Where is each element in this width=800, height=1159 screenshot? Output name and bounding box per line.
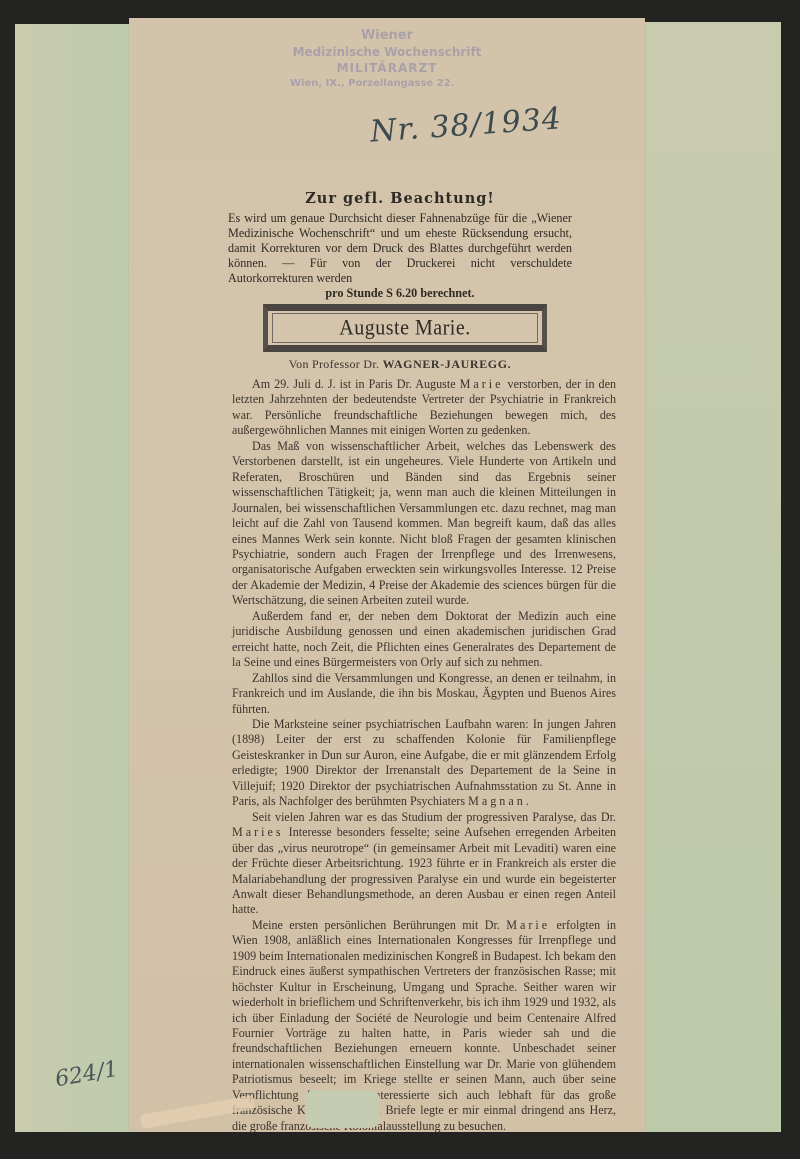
backing-left-margin: [15, 24, 129, 1132]
paragraph-text: Interesse besonders fesselte; seine Aufs…: [232, 825, 616, 916]
paragraph-text: Seit vielen Jahren war es das Studium de…: [252, 810, 616, 824]
spaced-name: Maries: [232, 825, 284, 839]
stamp-line-4: Wien, IX., Porzellangasse 22.: [282, 76, 492, 92]
spaced-name: Magnan: [468, 794, 526, 808]
paragraph: Die Marksteine seiner psychiatrischen La…: [232, 717, 616, 810]
notice-text: Es wird um genaue Durchsicht dieser Fahn…: [228, 211, 572, 285]
spaced-name: Marie: [506, 918, 550, 932]
article-title-frame: Auguste Marie.: [263, 304, 547, 352]
article-title: Auguste Marie.: [339, 315, 470, 341]
stamp-line-2: Medizinische Wochenschrift: [282, 44, 492, 60]
paragraph: Außerdem fand er, der neben dem Doktorat…: [232, 609, 616, 671]
paper-damage-patch: [305, 1090, 380, 1128]
stamp-line-1: Wiener: [282, 28, 492, 44]
notice-fee-line: pro Stunde S 6.20 berechnet.: [228, 286, 572, 301]
paragraph-text: Am 29. Juli d. J. ist in Paris Dr. Augus…: [252, 377, 460, 391]
paragraph-text: Außerdem fand er, der neben dem Doktorat…: [232, 609, 616, 669]
article-body: Am 29. Juli d. J. ist in Paris Dr. Augus…: [232, 377, 616, 1134]
paragraph: Zahllos sind die Versammlungen und Kongr…: [232, 671, 616, 717]
byline-author: WAGNER-JAUREGG.: [383, 357, 512, 371]
paragraph: Seit vielen Jahren war es das Studium de…: [232, 810, 616, 918]
paragraph: Das Maß von wissenschaftlicher Arbeit, w…: [232, 439, 616, 609]
archive-stamp: Wiener Medizinische Wochenschrift MILITÄ…: [282, 28, 492, 92]
paragraph: Meine ersten persönlichen Berührungen mi…: [232, 918, 616, 1134]
proof-notice: Zur gefl. Beachtung! Es wird um genaue D…: [228, 190, 572, 301]
paragraph-text: Die Marksteine seiner psychiatrischen La…: [232, 717, 616, 808]
backing-right-margin: [645, 22, 781, 1132]
spaced-name: Marie: [460, 377, 504, 391]
paragraph-text: erfolgten in Wien 1908, anläßlich eines …: [232, 918, 616, 1133]
paragraph-text: Das Maß von wissenschaftlicher Arbeit, w…: [232, 439, 616, 608]
article-byline: Von Professor Dr. WAGNER-JAUREGG.: [228, 357, 572, 372]
paragraph-text: Zahllos sind die Versammlungen und Kongr…: [232, 671, 616, 716]
paragraph: Am 29. Juli d. J. ist in Paris Dr. Augus…: [232, 377, 616, 439]
paragraph-text: Meine ersten persönlichen Berührungen mi…: [252, 918, 506, 932]
notice-title: Zur gefl. Beachtung!: [228, 190, 572, 207]
byline-prefix: Von Professor Dr.: [289, 357, 380, 371]
stamp-line-3: MILITÄRARZT: [282, 60, 492, 76]
notice-body: Es wird um genaue Durchsicht dieser Fahn…: [228, 211, 572, 301]
paragraph-text: .: [526, 794, 529, 808]
